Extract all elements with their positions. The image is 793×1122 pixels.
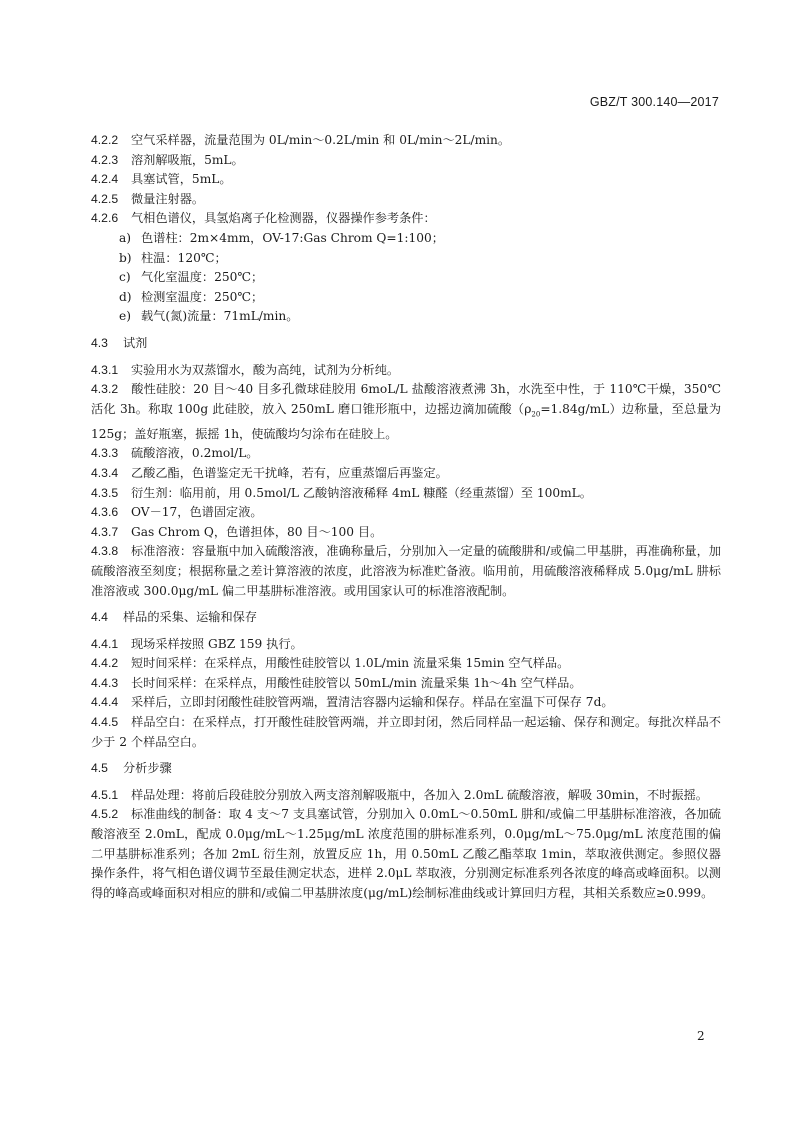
clause-text: 溶剂解吸瓶，5mL。 xyxy=(131,153,244,167)
clause-number: 4.5.2 xyxy=(91,805,131,825)
clause-number: 4.2.3 xyxy=(91,151,131,171)
clause-number: 4.3.4 xyxy=(91,464,131,484)
list-text: 色谱柱：2m×4mm，OV-17:Gas Chrom Q=1:100； xyxy=(141,231,444,245)
clause-4-2-5: 4.2.5微量注射器。 xyxy=(91,190,721,210)
clause-number: 4.2.4 xyxy=(91,170,131,190)
clause-4-5-1: 4.5.1样品处理：将前后段硅胶分别放入两支溶剂解吸瓶中，各加入 2.0mL 硫… xyxy=(91,786,721,806)
clause-number: 4.3.5 xyxy=(91,484,131,504)
clause-4-3-2: 4.3.2酸性硅胶：20 目～40 目多孔微球硅胶用 6moL/L 盐酸溶液煮沸… xyxy=(91,380,721,444)
clause-text: 现场采样按照 GBZ 159 执行。 xyxy=(131,637,303,651)
clause-4-4-5: 4.4.5样品空白：在采样点，打开酸性硅胶管两端，并立即封闭，然后同样品一起运输… xyxy=(91,713,721,752)
clause-4-3-6: 4.3.6OV－17，色谱固定液。 xyxy=(91,503,721,523)
clause-number: 4.2.6 xyxy=(91,209,131,229)
clause-number: 4.2.2 xyxy=(91,131,131,151)
clause-4-4-1: 4.4.1现场采样按照 GBZ 159 执行。 xyxy=(91,635,721,655)
clause-number: 4.3.7 xyxy=(91,523,131,543)
clause-text: 具塞试管，5mL。 xyxy=(131,172,232,186)
list-marker: b) xyxy=(119,249,141,269)
list-marker: c) xyxy=(119,268,141,288)
section-number: 4.4 xyxy=(91,608,123,628)
clause-number: 4.4.2 xyxy=(91,654,131,674)
clause-number: 4.3.2 xyxy=(91,380,131,400)
clause-text: Gas Chrom Q，色谱担体，80 目～100 目。 xyxy=(131,525,382,539)
clause-4-5-2: 4.5.2标准曲线的制备：取 4 支～7 支具塞试管，分别加入 0.0mL～0.… xyxy=(91,805,721,903)
clause-text: 长时间采样：在采样点，用酸性硅胶管以 50mL/min 流量采集 1h～4h 空… xyxy=(131,676,582,690)
section-number: 4.3 xyxy=(91,334,123,354)
clause-number: 4.3.6 xyxy=(91,503,131,523)
gc-condition-e: e)载气(氮)流量：71mL/min。 xyxy=(91,307,721,327)
section-title: 样品的采集、运输和保存 xyxy=(123,610,257,624)
clause-4-3-3: 4.3.3硫酸溶液，0.2mol/L。 xyxy=(91,444,721,464)
clause-number: 4.4.5 xyxy=(91,713,131,733)
clause-text: 硫酸溶液，0.2mol/L。 xyxy=(131,446,259,460)
gc-condition-d: d)检测室温度：250℃； xyxy=(91,288,721,308)
clause-number: 4.3.8 xyxy=(91,542,131,562)
section-heading-4-5: 4.5分析步骤 xyxy=(91,759,721,779)
list-text: 气化室温度：250℃； xyxy=(141,270,263,284)
clause-4-4-3: 4.4.3长时间采样：在采样点，用酸性硅胶管以 50mL/min 流量采集 1h… xyxy=(91,674,721,694)
clause-text: 衍生剂：临用前，用 0.5mol/L 乙酸钠溶液稀释 4mL 糠醛（经重蒸馏）至… xyxy=(131,486,592,500)
list-marker: a) xyxy=(119,229,141,249)
gc-condition-a: a)色谱柱：2m×4mm，OV-17:Gas Chrom Q=1:100； xyxy=(91,229,721,249)
list-marker: d) xyxy=(119,288,141,308)
clause-text: 乙酸乙酯，色谱鉴定无干扰峰，若有，应重蒸馏后再鉴定。 xyxy=(131,466,448,480)
page-content: 4.2.2空气采样器，流量范围为 0L/min～0.2L/min 和 0L/mi… xyxy=(91,131,721,903)
clause-text: 采样后，立即封闭酸性硅胶管两端，置清洁容器内运输和保存。样品在室温下可保存 7d… xyxy=(131,695,614,709)
clause-4-4-4: 4.4.4采样后，立即封闭酸性硅胶管两端，置清洁容器内运输和保存。样品在室温下可… xyxy=(91,693,721,713)
clause-4-2-2: 4.2.2空气采样器，流量范围为 0L/min～0.2L/min 和 0L/mi… xyxy=(91,131,721,151)
clause-4-2-4: 4.2.4具塞试管，5mL。 xyxy=(91,170,721,190)
clause-text: 标准溶液：容量瓶中加入硫酸溶液，准确称量后，分别加入一定量的硫酸肼和/或偏二甲基… xyxy=(91,544,721,597)
list-text: 柱温：120℃； xyxy=(141,251,227,265)
clause-number: 4.3.3 xyxy=(91,444,131,464)
section-heading-4-3: 4.3试剂 xyxy=(91,334,721,354)
clause-text: 空气采样器，流量范围为 0L/min～0.2L/min 和 0L/min～2L/… xyxy=(131,133,510,147)
section-number: 4.5 xyxy=(91,759,123,779)
clause-text: 微量注射器。 xyxy=(131,192,204,206)
clause-text: 样品处理：将前后段硅胶分别放入两支溶剂解吸瓶中，各加入 2.0mL 硫酸溶液，解… xyxy=(131,788,708,802)
clause-number: 4.4.1 xyxy=(91,635,131,655)
clause-4-3-4: 4.3.4乙酸乙酯，色谱鉴定无干扰峰，若有，应重蒸馏后再鉴定。 xyxy=(91,464,721,484)
clause-text: 短时间采样：在采样点，用酸性硅胶管以 1.0L/min 流量采集 15min 空… xyxy=(131,656,569,670)
clause-text: OV－17，色谱固定液。 xyxy=(131,505,263,519)
clause-number: 4.2.5 xyxy=(91,190,131,210)
clause-4-3-8: 4.3.8标准溶液：容量瓶中加入硫酸溶液，准确称量后，分别加入一定量的硫酸肼和/… xyxy=(91,542,721,601)
document-page: GBZ/T 300.140—2017 4.2.2空气采样器，流量范围为 0L/m… xyxy=(0,0,793,1122)
clause-text: 气相色谱仪，具氢焰离子化检测器，仪器操作参考条件： xyxy=(131,211,436,225)
clause-4-3-5: 4.3.5衍生剂：临用前，用 0.5mol/L 乙酸钠溶液稀释 4mL 糠醛（经… xyxy=(91,484,721,504)
density-subscript: 20 xyxy=(531,410,540,418)
gc-condition-c: c)气化室温度：250℃； xyxy=(91,268,721,288)
clause-4-2-6: 4.2.6气相色谱仪，具氢焰离子化检测器，仪器操作参考条件： xyxy=(91,209,721,229)
clause-number: 4.5.1 xyxy=(91,786,131,806)
clause-number: 4.4.4 xyxy=(91,693,131,713)
clause-4-4-2: 4.4.2短时间采样：在采样点，用酸性硅胶管以 1.0L/min 流量采集 15… xyxy=(91,654,721,674)
clause-4-3-1: 4.3.1实验用水为双蒸馏水，酸为高纯，试剂为分析纯。 xyxy=(91,361,721,381)
section-title: 分析步骤 xyxy=(123,761,172,775)
list-text: 检测室温度：250℃； xyxy=(141,290,263,304)
clause-text: 实验用水为双蒸馏水，酸为高纯，试剂为分析纯。 xyxy=(131,363,399,377)
list-text: 载气(氮)流量：71mL/min。 xyxy=(141,309,298,323)
clause-text: 样品空白：在采样点，打开酸性硅胶管两端，并立即封闭，然后同样品一起运输、保存和测… xyxy=(91,715,721,749)
section-heading-4-4: 4.4样品的采集、运输和保存 xyxy=(91,608,721,628)
clause-4-2-3: 4.2.3溶剂解吸瓶，5mL。 xyxy=(91,151,721,171)
gc-condition-b: b)柱温：120℃； xyxy=(91,249,721,269)
clause-number: 4.4.3 xyxy=(91,674,131,694)
clause-text: 标准曲线的制备：取 4 支～7 支具塞试管，分别加入 0.0mL～0.50mL … xyxy=(91,807,721,899)
standard-code-header: GBZ/T 300.140—2017 xyxy=(590,95,719,109)
page-number: 2 xyxy=(697,1029,705,1043)
clause-number: 4.3.1 xyxy=(91,361,131,381)
section-title: 试剂 xyxy=(123,336,147,350)
list-marker: e) xyxy=(119,307,141,327)
clause-4-3-7: 4.3.7Gas Chrom Q，色谱担体，80 目～100 目。 xyxy=(91,523,721,543)
